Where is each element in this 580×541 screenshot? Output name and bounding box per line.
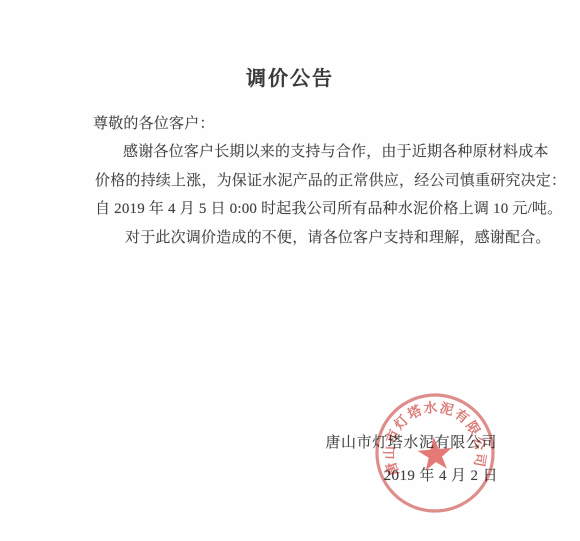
scanned-notice-page: 调价公告 尊敬的各位客户： 感谢各位客户长期以来的支持与合作，由于近期各种原材料… <box>0 0 580 541</box>
body-line: 对于此次调价造成的不便，请各位客户支持和理解，感谢配合。 <box>95 226 551 247</box>
body-line: 感谢各位客户长期以来的支持与合作，由于近期各种原材料成本 <box>93 140 549 161</box>
body-line: 价格的持续上涨，为保证水泥产品的正常供应，经公司慎重研究决定： <box>95 169 566 190</box>
signature-company-name: 唐山市灯塔水泥有限公司 <box>325 431 497 452</box>
salutation-line: 尊敬的各位客户： <box>93 112 215 133</box>
seal-ring <box>372 390 498 516</box>
company-seal-stamp: 唐山市灯塔水泥有限公司 <box>348 366 521 539</box>
signature-date: 2019 年 4 月 2 日 <box>384 464 498 485</box>
page-title: 调价公告 <box>0 62 580 91</box>
body-line: 自 2019 年 4 月 5 日 0:00 时起我公司所有品种水泥价格上调 10… <box>95 197 562 218</box>
